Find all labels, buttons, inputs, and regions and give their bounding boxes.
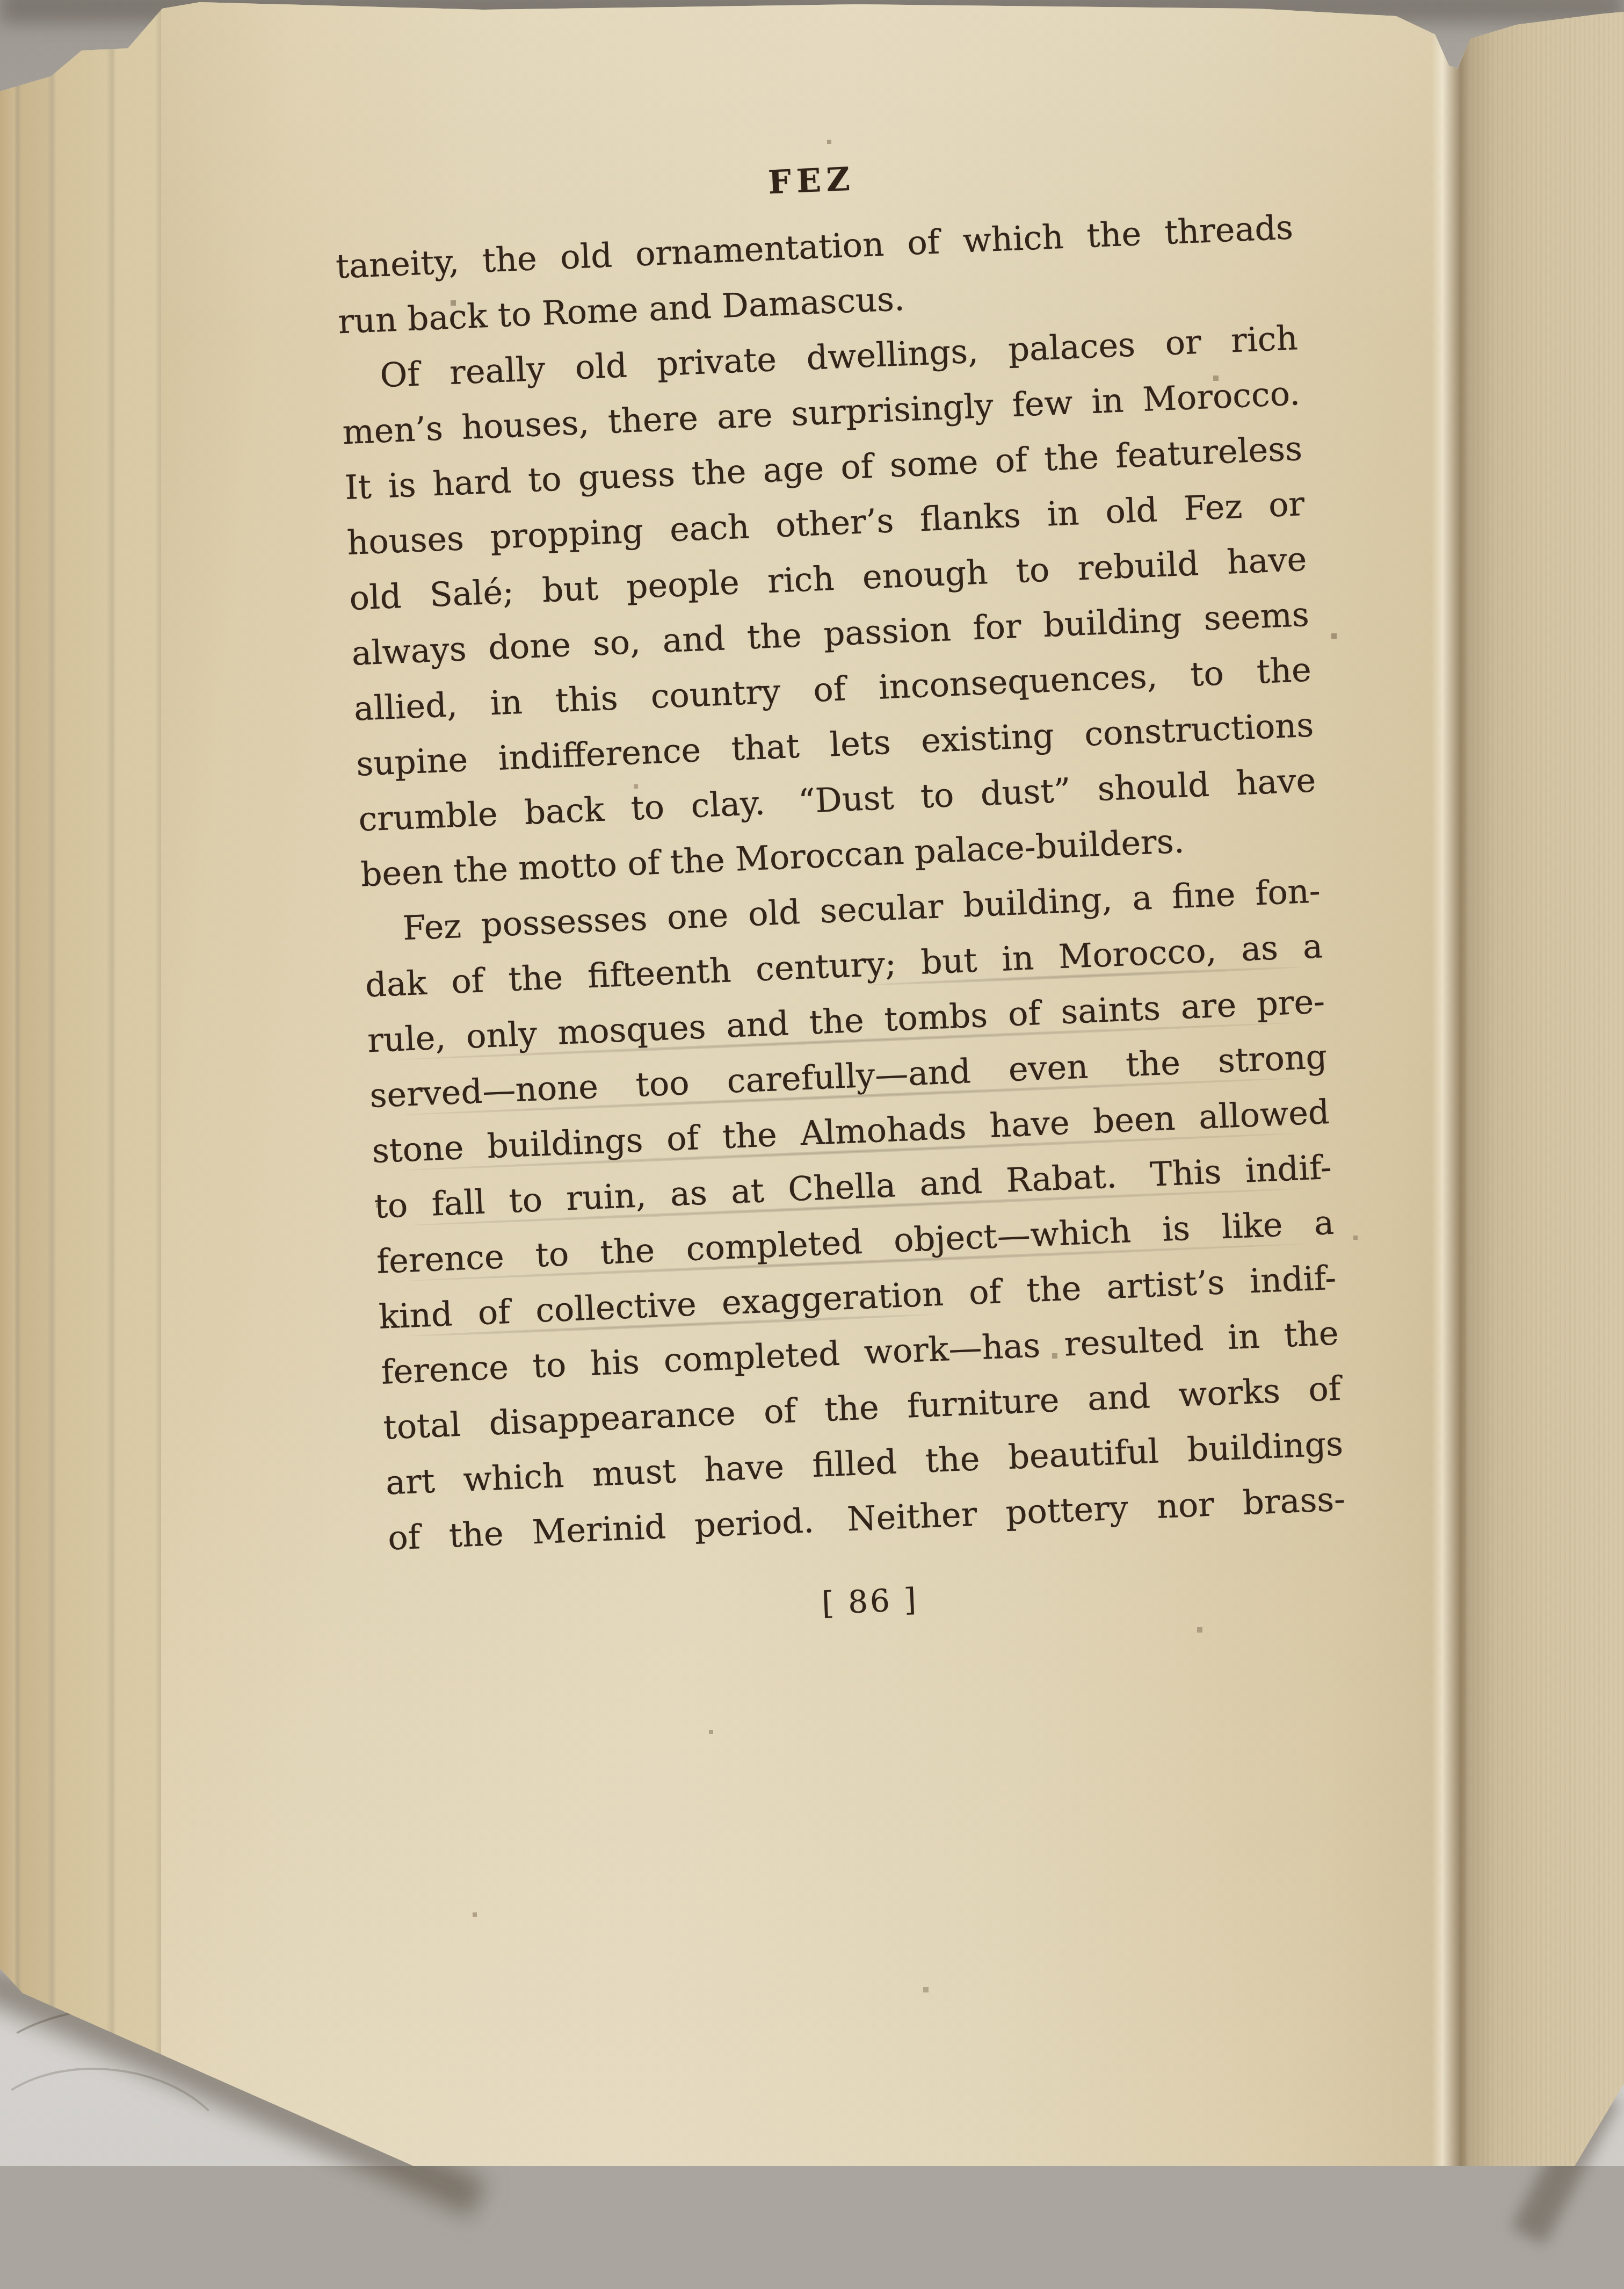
page-edges — [0, 0, 183, 2166]
printed-text-block: FEZ taneity, the old ornamentation of wh… — [332, 141, 1350, 1649]
book-page-photo: FEZ taneity, the old ornamentation of wh… — [0, 0, 1624, 2166]
facing-page-grain — [1473, 0, 1624, 2166]
open-book: FEZ taneity, the old ornamentation of wh… — [0, 0, 1624, 2166]
